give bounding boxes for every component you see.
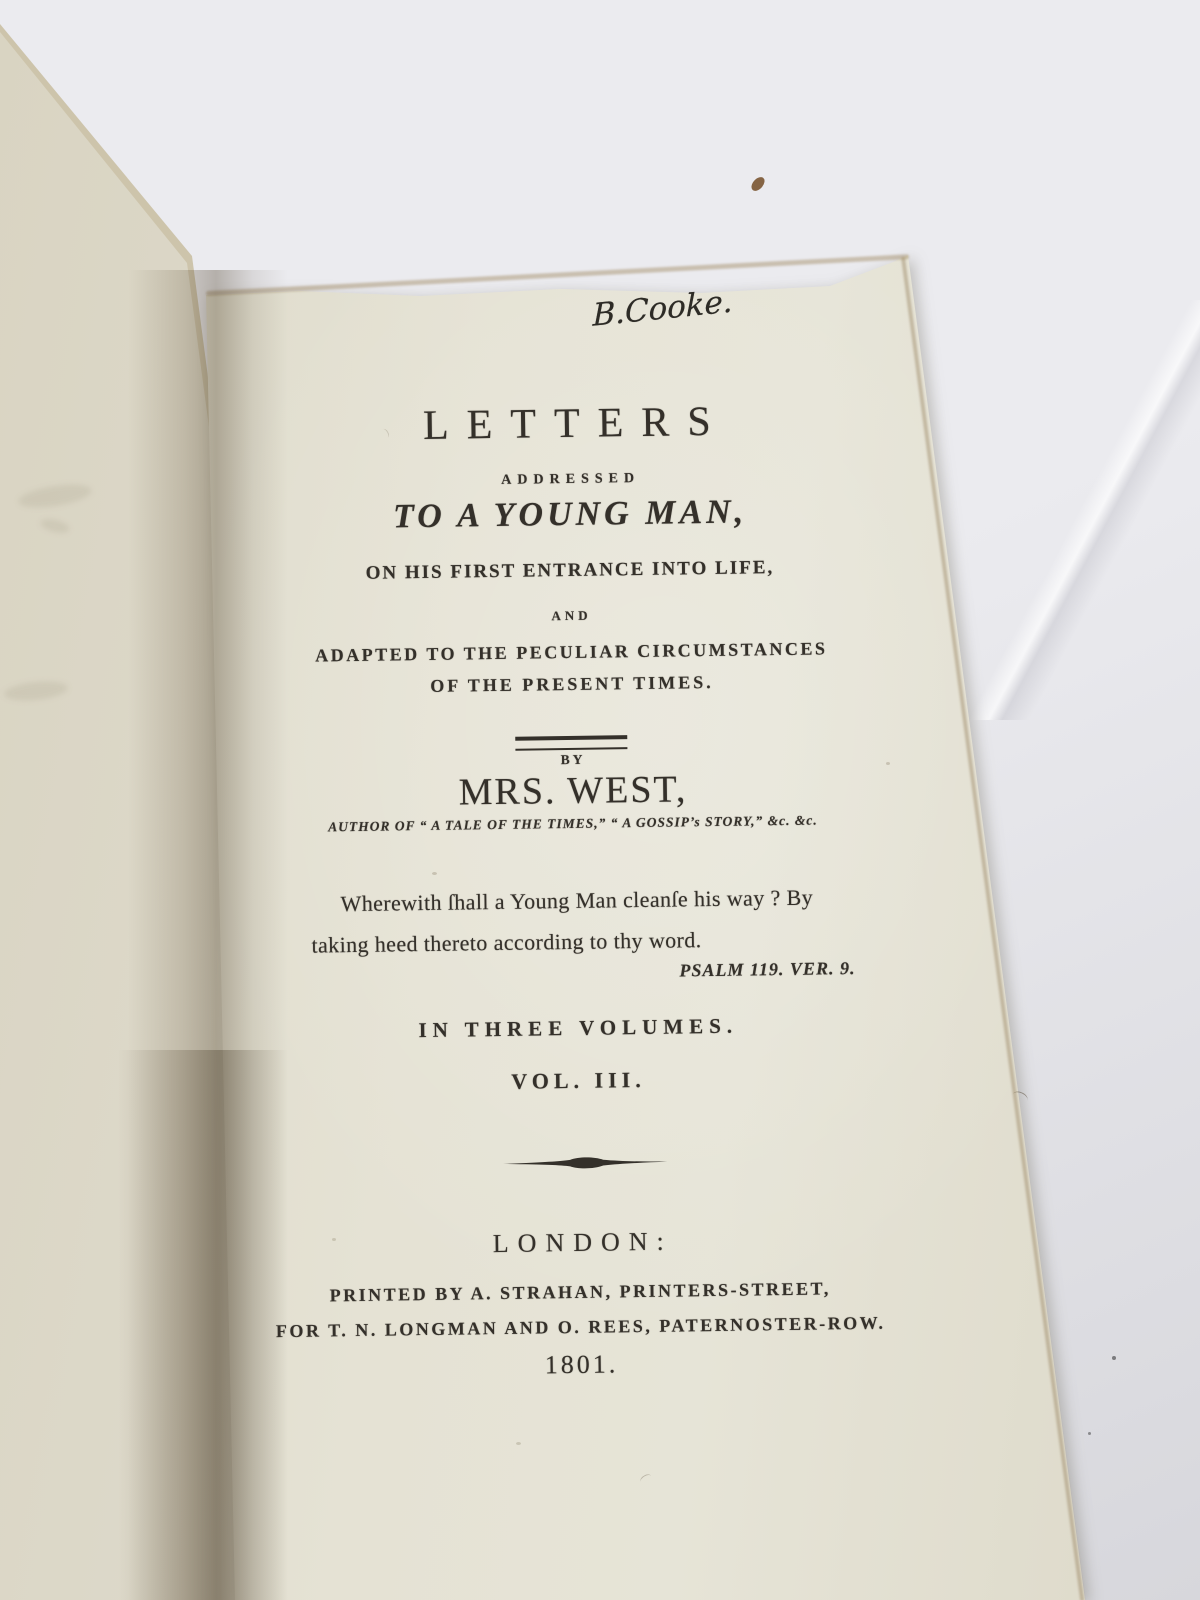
paper-fleck bbox=[432, 872, 437, 875]
imprint-year: 1801. bbox=[255, 1345, 905, 1384]
subtitle-line-2: ADAPTED TO THE PECULIAR CIRCUMSTANCES bbox=[245, 637, 895, 667]
epigraph-line-1: Wherewith ſhall a Young Man cleanſe his … bbox=[310, 884, 870, 918]
imprint-city: LONDON: bbox=[253, 1223, 903, 1262]
imprint-printer: PRINTED BY A. STRAHAN, PRINTERS-STREET, bbox=[254, 1277, 904, 1307]
title-page-content: B.Cooke. LETTERS ADDRESSED TO A YOUNG MA… bbox=[240, 285, 908, 1600]
paper-fleck bbox=[516, 1442, 521, 1445]
conjunction: AND bbox=[244, 603, 894, 628]
dedication-line: TO A YOUNG MAN, bbox=[243, 491, 893, 538]
subtitle-line-1: ON HIS FIRST ENTRANCE INTO LIFE, bbox=[244, 555, 894, 586]
book-title: LETTERS bbox=[242, 395, 893, 452]
epigraph-line-2: taking heed thereto according to thy wor… bbox=[311, 925, 871, 959]
addressed-label: ADDRESSED bbox=[243, 467, 893, 492]
volumes-statement: IN THREE VOLUMES. bbox=[250, 1011, 900, 1045]
imprint-publisher: FOR T. N. LONGMAN AND O. REES, PATERNOST… bbox=[254, 1312, 904, 1342]
double-rule bbox=[515, 735, 627, 751]
paper-fleck bbox=[332, 1238, 336, 1241]
volume-number: VOL. III. bbox=[251, 1063, 901, 1098]
book-photo-scene: B.Cooke. LETTERS ADDRESSED TO A YOUNG MA… bbox=[0, 0, 1200, 1600]
owner-signature: B.Cooke. bbox=[593, 283, 733, 333]
dust-speck bbox=[1112, 1356, 1116, 1360]
epigraph-source: PSALM 119. VER. 9. bbox=[249, 958, 855, 987]
diamond-rule bbox=[252, 1151, 902, 1178]
paper-fleck bbox=[886, 762, 890, 765]
author-name: MRS. WEST, bbox=[247, 764, 898, 817]
dust-speck bbox=[1088, 1432, 1091, 1435]
subtitle-line-3: OF THE PRESENT TIMES. bbox=[245, 669, 895, 699]
